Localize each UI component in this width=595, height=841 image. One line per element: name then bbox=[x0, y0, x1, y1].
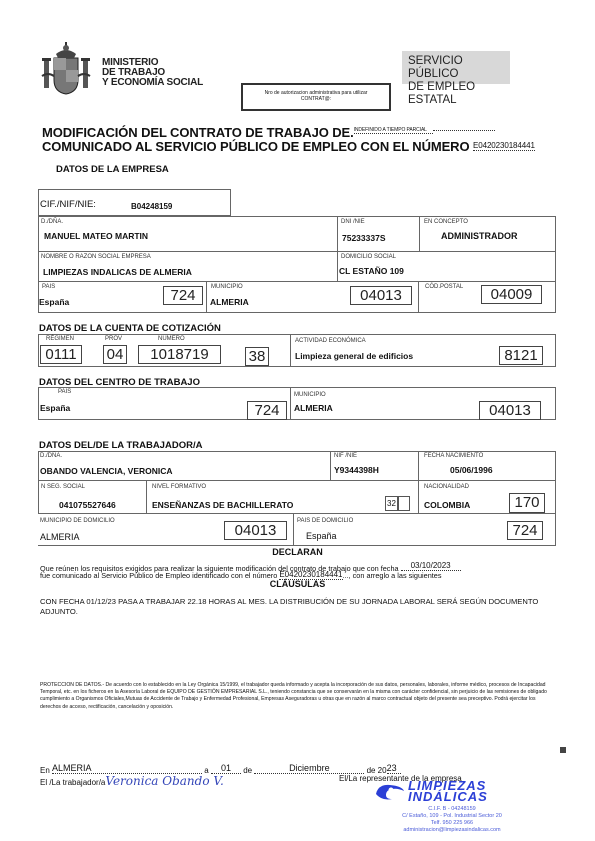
mes-value: Diciembre bbox=[254, 763, 364, 774]
cif-label: CIF./NIF/NIE: bbox=[40, 199, 96, 210]
birth-label: FECHA NACIMIENTO bbox=[424, 453, 483, 459]
dni-label: DNI /NIE bbox=[341, 219, 365, 225]
concepto-value: ADMINISTRADOR bbox=[441, 231, 518, 241]
dia-value: 01 bbox=[211, 763, 241, 774]
stamp-address: C/ Estaño, 109 - Pol. Industrial Sector … bbox=[372, 813, 532, 820]
dc-value: 38 bbox=[245, 347, 269, 366]
mun-dom-code: 04013 bbox=[224, 521, 287, 540]
pais-label: PAIS bbox=[42, 284, 55, 290]
small-square-icon bbox=[560, 747, 566, 753]
nivel-code: 32 bbox=[385, 496, 398, 511]
centro-pais-code: 724 bbox=[247, 401, 287, 420]
numero-value: 1018719 bbox=[138, 345, 221, 364]
company-stamp: LIMPIEZAS INDÁLICAS C.I.F. B - 04248159 … bbox=[372, 780, 532, 830]
numero-label: NUMERO bbox=[158, 336, 185, 342]
sepe-number: E0420230184441 bbox=[473, 141, 535, 151]
ministry-name: MINISTERIO DE TRABAJO Y ECONOMÍA SOCIAL bbox=[102, 58, 203, 88]
mun-dom-value: ALMERIA bbox=[40, 532, 80, 542]
stamp-logo-icon bbox=[372, 782, 406, 802]
document-title-line-2: COMUNICADO AL SERVICIO PÚBLICO DE EMPLEO… bbox=[42, 139, 535, 154]
regimen-label: RÉGIMEN bbox=[46, 336, 74, 342]
document-title-line-1: MODIFICACIÓN DEL CONTRATO DE TRABAJO DE.… bbox=[42, 125, 495, 140]
nss-label: N SEG. SOCIAL bbox=[41, 484, 85, 490]
prov-value: 04 bbox=[103, 345, 127, 364]
ministry-line-3: Y ECONOMÍA SOCIAL bbox=[102, 78, 203, 88]
name-value: OBANDO VALENCIA, VERONICA bbox=[40, 466, 173, 476]
year-value: 23 bbox=[387, 763, 401, 774]
title-text-1: MODIFICACIÓN DEL CONTRATO DE TRABAJO DE bbox=[42, 125, 350, 140]
de-label: de bbox=[243, 766, 252, 775]
municipio-value: ALMERIA bbox=[210, 297, 249, 307]
actividad-label: ACTIVIDAD ECONÓMICA bbox=[295, 338, 366, 344]
razon-label: NOMBRE O RAZON SOCIAL EMPRESA bbox=[41, 254, 151, 260]
auth-box-line-2: CONTRAT@: bbox=[243, 96, 389, 102]
centro-municipio-label: MUNICIPIO bbox=[294, 392, 326, 398]
nivel-code-extra bbox=[398, 496, 410, 511]
clausulas-title: CLÁUSULAS bbox=[0, 579, 595, 589]
cp-label: CÓD.POSTAL bbox=[425, 284, 463, 290]
stamp-info: C.I.F. B - 04248159 C/ Estaño, 109 - Pol… bbox=[372, 806, 532, 834]
municipio-label: MUNICIPIO bbox=[211, 284, 243, 290]
nacionalidad-value: COLOMBIA bbox=[424, 500, 470, 510]
sepe-line-2: DE EMPLEO ESTATAL bbox=[408, 81, 510, 107]
concepto-label: EN CONCEPTO bbox=[424, 219, 468, 225]
lugar-value: ALMERIA bbox=[52, 763, 202, 774]
nacionalidad-label: NACIONALIDAD bbox=[424, 484, 469, 490]
birth-value: 05/06/1996 bbox=[450, 465, 493, 475]
section-empresa: DATOS DE LA EMPRESA bbox=[56, 164, 169, 175]
actividad-value: Limpieza general de edificios bbox=[295, 351, 413, 361]
title-text-2: COMUNICADO AL SERVICIO PÚBLICO DE EMPLEO… bbox=[42, 139, 470, 154]
stamp-company-name: LIMPIEZAS INDÁLICAS bbox=[408, 780, 488, 802]
contract-type: INDEFINIDO A TIEMPO PARCIAL bbox=[354, 127, 433, 134]
pais-dom-label: PAIS DE DOMICILIO bbox=[297, 518, 353, 524]
sepe-logo: SERVICIO PÚBLICO DE EMPLEO ESTATAL bbox=[402, 51, 510, 84]
actividad-code: 8121 bbox=[499, 346, 543, 365]
centro-pais-label: PAIS bbox=[58, 389, 71, 395]
stamp-phone: Telf. 950 225 966 bbox=[372, 820, 532, 827]
sepe-line-1: SERVICIO PÚBLICO bbox=[408, 55, 510, 81]
stamp-email: administracion@limpiezasindalicas.com bbox=[372, 827, 532, 834]
coat-of-arms-logo bbox=[40, 36, 92, 96]
domicilio-value: CL ESTAÑO 109 bbox=[339, 266, 404, 276]
pais-value: España bbox=[39, 297, 69, 307]
domicilio-label: DOMICILIO SOCIAL bbox=[341, 254, 396, 260]
worker-label: El /La trabajador/a bbox=[40, 778, 105, 787]
nacionalidad-code: 170 bbox=[509, 493, 545, 513]
razon-value: LIMPIEZAS INDALICAS DE ALMERIA bbox=[43, 267, 192, 277]
nie-value: Y9344398H bbox=[334, 465, 379, 475]
dotted-fill bbox=[433, 130, 495, 131]
prov-label: PROV bbox=[105, 336, 122, 342]
worker-signature: Veronica Obando V. bbox=[105, 774, 223, 788]
worker-signature-line: El /La trabajador/aVeronica Obando V. bbox=[40, 774, 224, 788]
regimen-value: 0111 bbox=[40, 345, 82, 364]
cp-value: 04009 bbox=[481, 285, 542, 304]
section-cotizacion: DATOS DE LA CUENTA DE COTIZACIÓN bbox=[39, 323, 221, 334]
stamp-cif: C.I.F. B - 04248159 bbox=[372, 806, 532, 813]
clausula-text: CON FECHA 01/12/23 PASA A TRABAJAR 22.18… bbox=[40, 597, 560, 617]
dni-value: 75233337S bbox=[342, 233, 386, 243]
nivel-value: ENSEÑANZAS DE BACHILLERATO bbox=[152, 500, 293, 510]
nie-label: NIF /NIE bbox=[334, 453, 357, 459]
pais-dom-value: España bbox=[306, 531, 337, 541]
centro-municipio-value: ALMERIA bbox=[294, 403, 333, 413]
pais-row bbox=[38, 281, 556, 313]
pais-dom-code: 724 bbox=[507, 521, 543, 540]
section-trabajador: DATOS DEL/DE LA TRABAJADOR/A bbox=[39, 440, 202, 451]
declaran-title: DECLARAN bbox=[0, 547, 595, 557]
cif-value: B04248159 bbox=[131, 202, 172, 211]
centro-pais-value: España bbox=[40, 403, 70, 413]
authorization-box: Nro de autorizacion administrativa para … bbox=[241, 83, 391, 111]
rep-label: D./DÑA. bbox=[41, 219, 63, 225]
nivel-label: NIVEL FORMATIVO bbox=[152, 484, 206, 490]
privacy-notice: PROTECCION DE DATOS.- De acuerdo con lo … bbox=[40, 682, 555, 711]
name-label: D./DÑA. bbox=[40, 453, 62, 459]
centro-municipio-code: 04013 bbox=[479, 401, 541, 420]
pais-code: 724 bbox=[163, 286, 203, 305]
stamp-name-line-2: INDÁLICAS bbox=[408, 791, 488, 802]
rep-value: MANUEL MATEO MARTIN bbox=[44, 231, 148, 241]
municipio-code: 04013 bbox=[350, 286, 412, 305]
nss-value: 041075527646 bbox=[59, 500, 116, 510]
mun-dom-label: MUNICIPIO DE DOMICILIO bbox=[40, 518, 115, 524]
